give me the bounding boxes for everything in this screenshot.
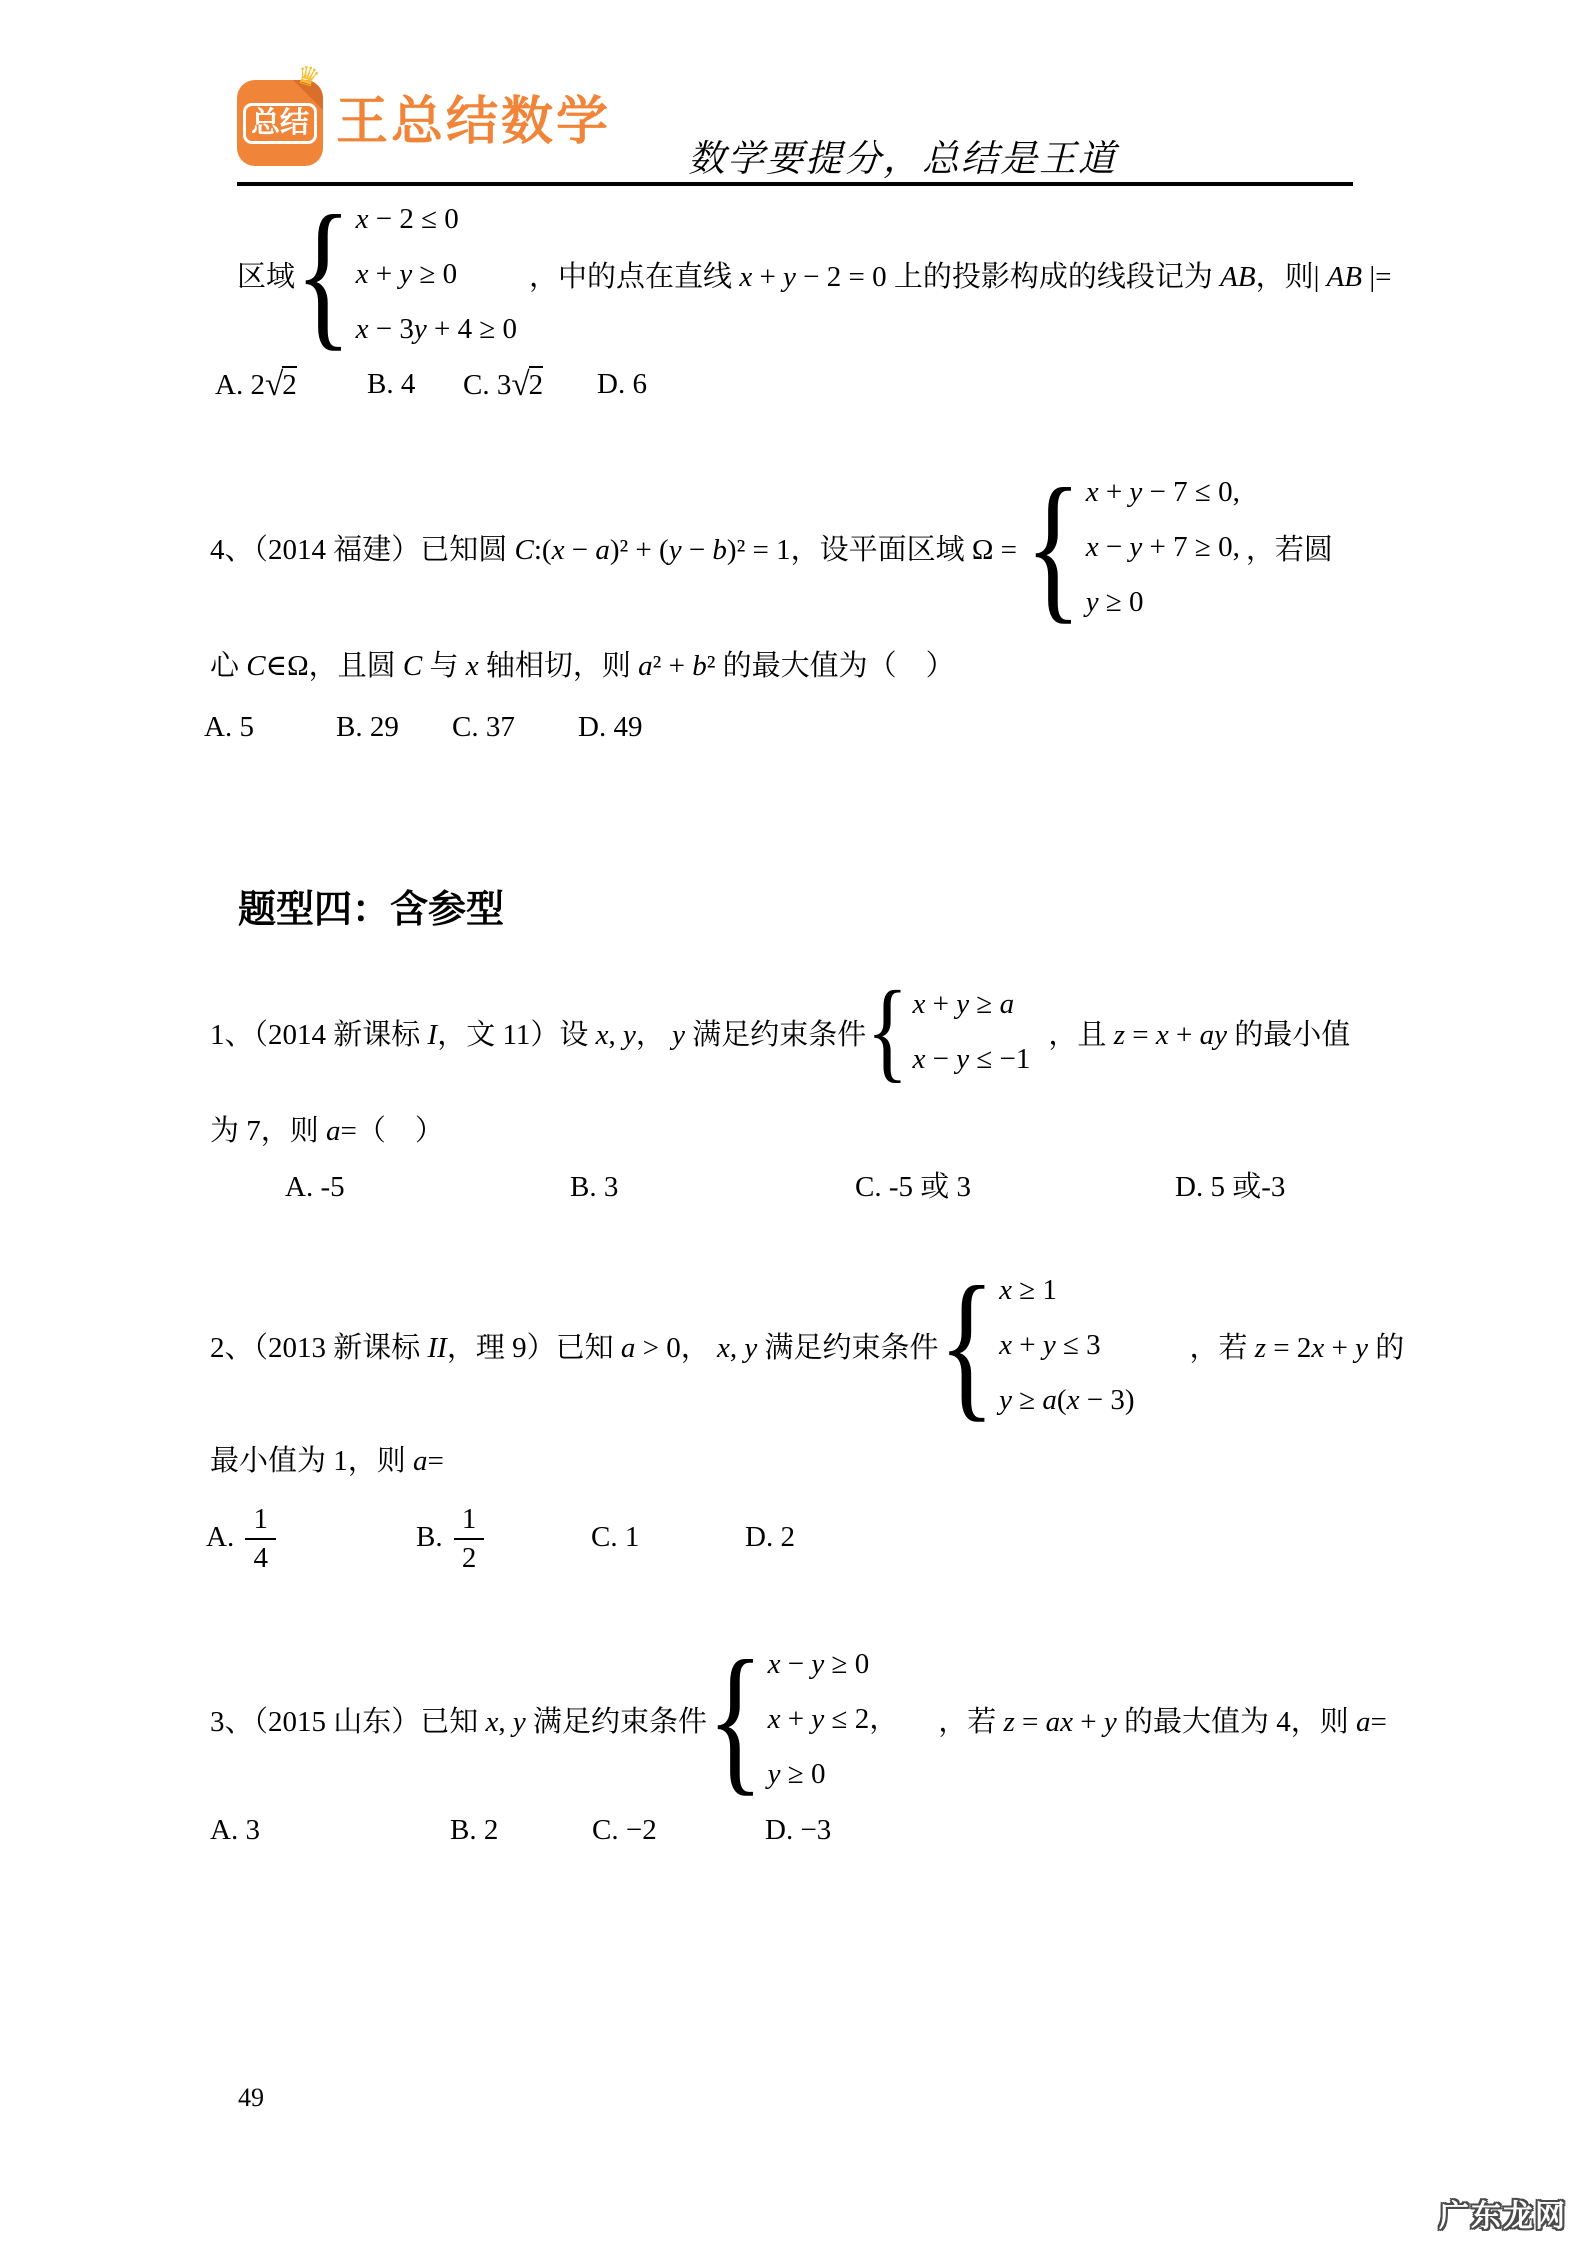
system-brace-icon: { (1025, 464, 1082, 629)
system-brace-icon: { (866, 976, 908, 1089)
inequality-system: { x + y − 7 ≤ 0, x − y + 7 ≥ 0, y ≥ 0 (1025, 465, 1240, 630)
choices-row: A. 5 B. 29 C. 37 D. 49 (0, 703, 1587, 751)
system-line: x − y ≤ −1 (913, 1032, 1031, 1087)
choice-option: C. −2 (592, 1806, 657, 1854)
choice-option: C. 1 (591, 1490, 639, 1585)
choice-option: B. 4 (367, 360, 415, 408)
system-line: x − y ≥ 0 (768, 1637, 899, 1692)
problem-text: 3、（2015 山东）已知 x, y 满足约束条件 (210, 1699, 707, 1740)
system-brace-icon: { (295, 191, 352, 356)
system-line: x + y − 7 ≤ 0, (1086, 465, 1240, 520)
system-brace-icon: { (707, 1636, 764, 1801)
problem-text: ，若 z = 2x + y 的 (1189, 1325, 1404, 1366)
section-heading: 题型四：含参型 (238, 878, 504, 933)
logo-title: 王总结数学 (336, 94, 611, 151)
choice-option: B. 12 (416, 1490, 488, 1585)
problem-statement: 4、（2014 福建）已知圆 C:(x − a)² + (y − b)² = 1… (210, 458, 1333, 636)
choices-row: A. 3 B. 2 C. −2 D. −3 (0, 1806, 1587, 1854)
system-line: x − 3y + 4 ≥ 0 (356, 302, 517, 357)
system-line: x + y ≥ a (913, 977, 1031, 1032)
header-divider (237, 182, 1353, 186)
choice-option: B. 29 (336, 703, 399, 751)
system-line: x + y ≤ 2， (768, 1692, 899, 1747)
problem-text: 区域 (237, 254, 295, 295)
problem-text: ，且 z = x + ay 的最小值 (1048, 1012, 1350, 1053)
problem-text: ，若 z = ax + y 的最大值为 4，则 a= (938, 1699, 1387, 1740)
problem-text: ，若圆 (1246, 527, 1333, 568)
system-line: y ≥ 0 (1086, 575, 1240, 630)
choices-row: A. -5 B. 3 C. -5 或 3 D. 5 或-3 (0, 1163, 1587, 1211)
choice-option: C. -5 或 3 (855, 1163, 971, 1211)
inequality-system: { x − y ≥ 0 x + y ≤ 2， y ≥ 0 (707, 1637, 898, 1802)
choice-option: D. 6 (597, 360, 647, 408)
problem-text: ，中的点在直线 x + y − 2 = 0 上的投影构成的线段记为 AB，则| … (529, 254, 1391, 295)
system-line: y ≥ a(x − 3) (999, 1373, 1134, 1428)
header-tagline: 数学要提分，总结是王道 (688, 128, 1117, 182)
choice-option: A. -5 (285, 1163, 345, 1211)
choice-option: D. 49 (578, 703, 642, 751)
document-page: 总结 ♛ 王总结数学 数学要提分，总结是王道 区域 { x − 2 ≤ 0 x … (0, 0, 1587, 2245)
choice-option: B. 3 (570, 1163, 618, 1211)
choice-option: A. 3 (210, 1806, 260, 1854)
choice-option: A. 5 (204, 703, 254, 751)
system-line: x − y + 7 ≥ 0, (1086, 520, 1240, 575)
inequality-system: { x − 2 ≤ 0 x + y ≥ 0 x − 3y + 4 ≥ 0 (295, 192, 517, 357)
choice-option: A. 14 (206, 1490, 280, 1585)
choice-option: D. 2 (745, 1490, 795, 1585)
problem-text: 心 C∈Ω，且圆 C 与 x 轴相切，则 a² + b² 的最大值为（ ） (210, 645, 955, 687)
system-brace-icon: { (938, 1262, 995, 1427)
watermark: 广东龙网 (1439, 2191, 1567, 2235)
system-line: x ≥ 1 (999, 1263, 1134, 1318)
choice-option: C. 37 (452, 703, 515, 751)
problem-intro-line: 区域 { x − 2 ≤ 0 x + y ≥ 0 x − 3y + 4 ≥ 0 … (237, 190, 1392, 358)
choice-option: C. 3√2 (463, 360, 543, 409)
problem-statement: 1、（2014 新课标 I，文 11）设 x, y， y 满足约束条件 { x … (210, 972, 1350, 1092)
problem-text: 为 7，则 a=（ ） (210, 1110, 444, 1152)
choice-option: D. −3 (765, 1806, 831, 1854)
problem-text: 2、（2013 新课标 II，理 9）已知 a > 0， x, y 满足约束条件 (210, 1325, 938, 1366)
problem-text: 4、（2014 福建）已知圆 C:(x − a)² + (y − b)² = 1… (210, 527, 1017, 568)
system-line: y ≥ 0 (768, 1747, 899, 1802)
choice-option: D. 5 或-3 (1175, 1163, 1285, 1211)
system-line: x + y ≥ 0 (356, 247, 517, 302)
inequality-system: { x ≥ 1 x + y ≤ 3 y ≥ a(x − 3) (938, 1263, 1134, 1428)
choices-row: A. 2√2 B. 4 C. 3√2 D. 6 (0, 360, 1587, 408)
choices-row: A. 14 B. 12 C. 1 D. 2 (0, 1490, 1587, 1585)
choice-option: B. 2 (450, 1806, 498, 1854)
problem-statement: 3、（2015 山东）已知 x, y 满足约束条件 { x − y ≥ 0 x … (210, 1630, 1387, 1808)
system-line: x + y ≤ 3 (999, 1318, 1134, 1373)
problem-text: 最小值为 1，则 a= (210, 1440, 444, 1482)
choice-option: A. 2√2 (215, 360, 297, 409)
inequality-system: { x + y ≥ a x − y ≤ −1 (866, 977, 1030, 1087)
system-line: x − 2 ≤ 0 (356, 192, 517, 247)
problem-text: 1、（2014 新课标 I，文 11）设 x, y， y 满足约束条件 (210, 1012, 866, 1053)
problem-statement: 2、（2013 新课标 II，理 9）已知 a > 0， x, y 满足约束条件… (210, 1256, 1404, 1434)
page-number: 49 (238, 2082, 264, 2113)
